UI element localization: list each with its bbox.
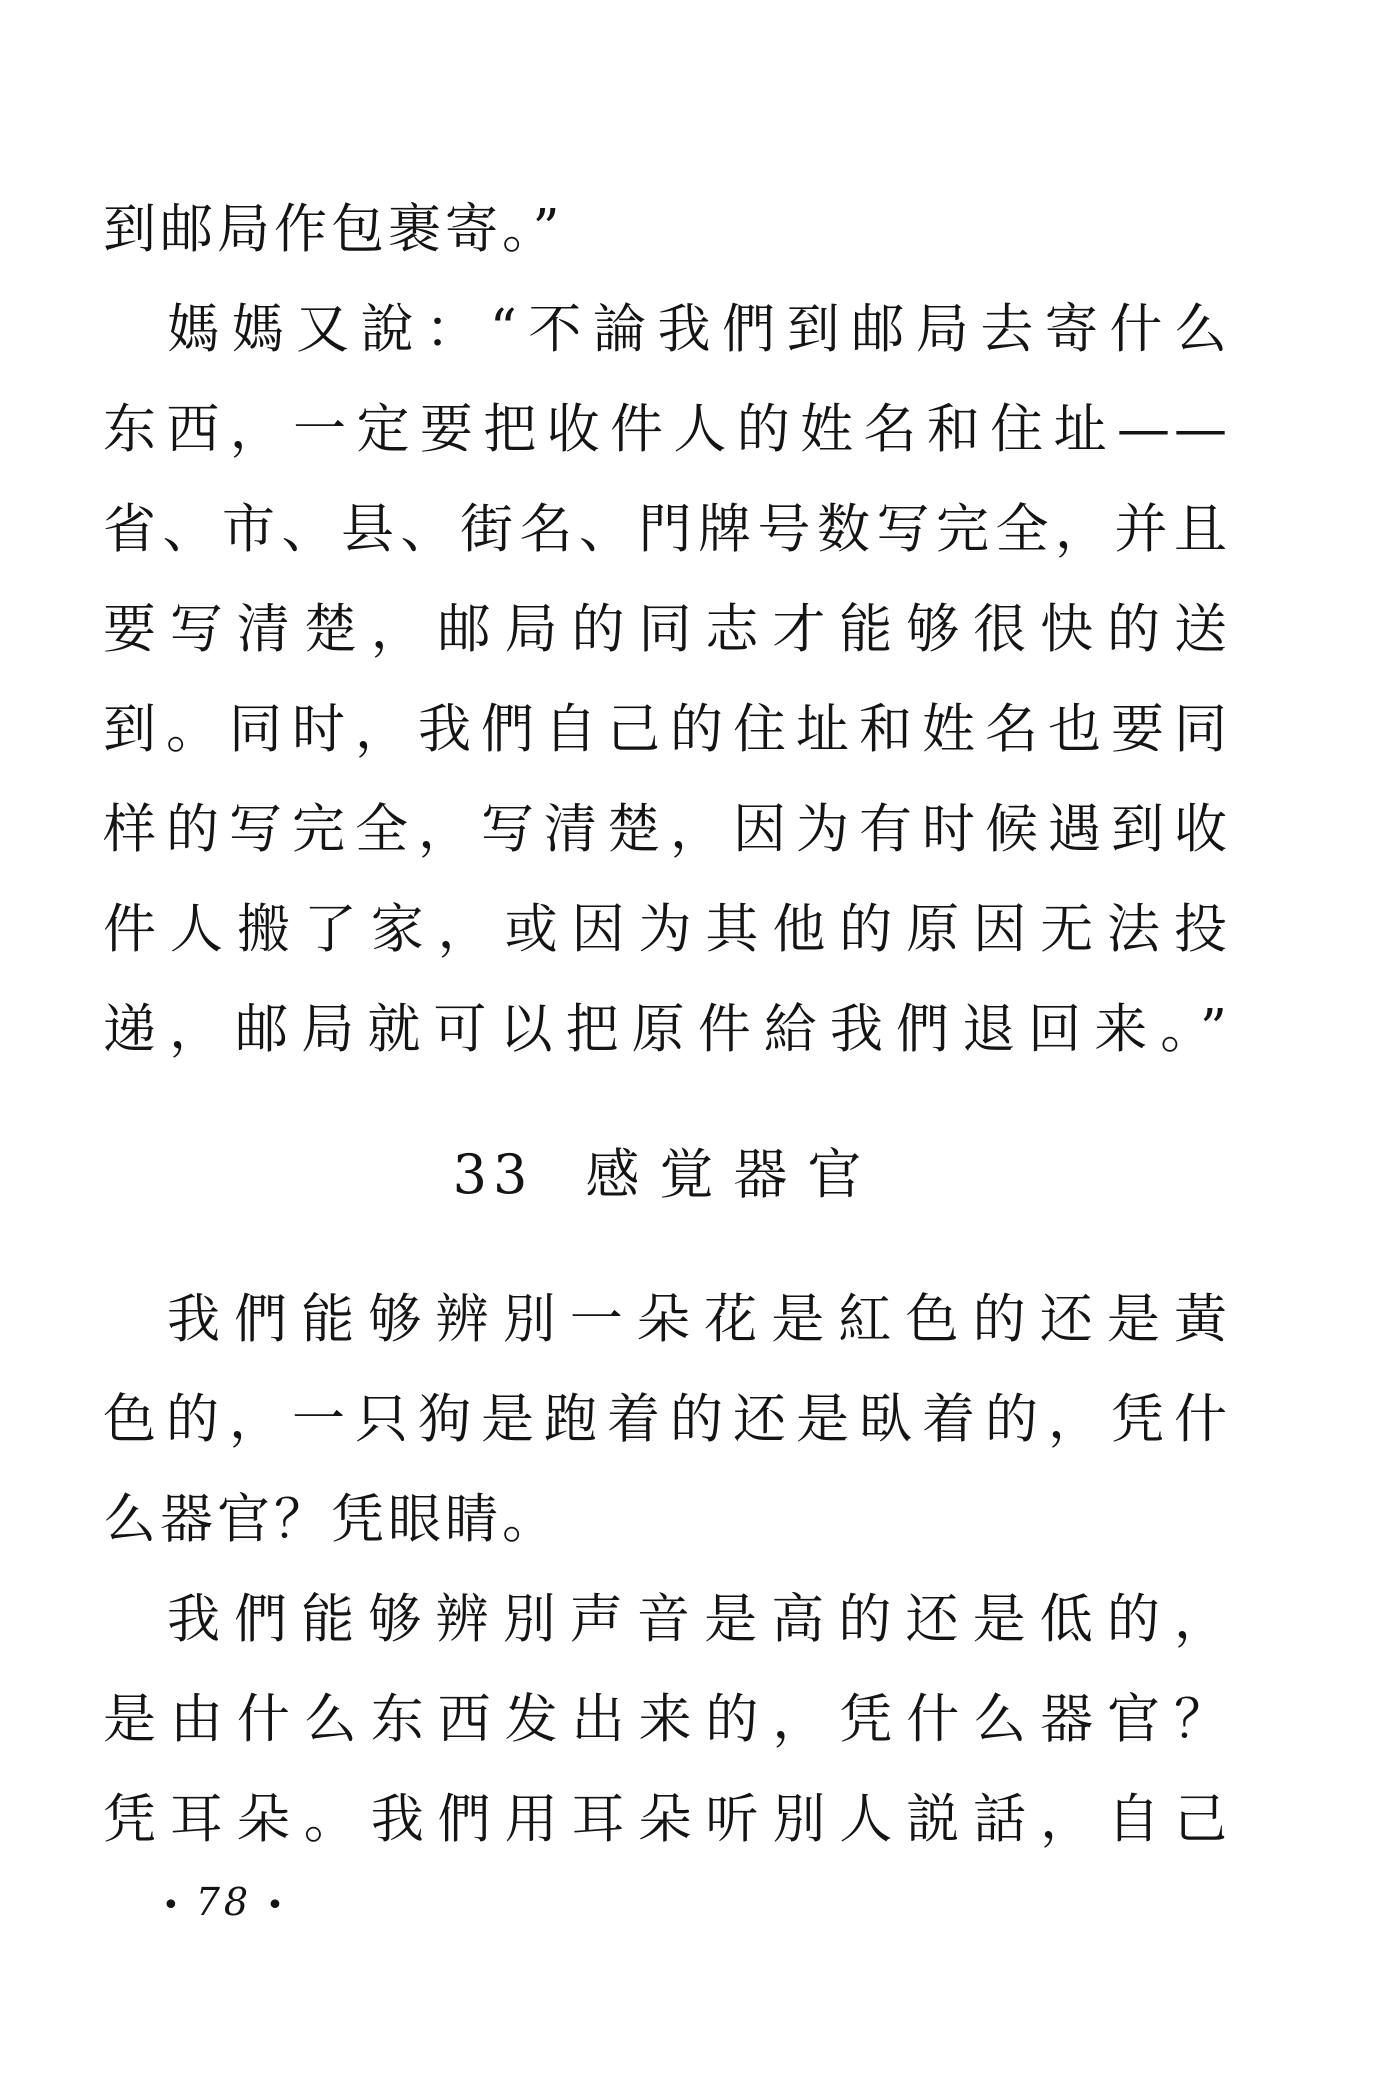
paragraph4-line-2: 是由什么东西发出来的，凭什么器官？ [103, 1670, 1231, 1770]
paragraph2-line-1: 媽媽又說：“不論我們到邮局去寄什么 [103, 280, 1231, 380]
section-heading: 33感覚器官 [103, 1125, 1231, 1225]
section-number: 33 [453, 1143, 534, 1206]
scanned-book-page: 到邮局作包裹寄。” 媽媽又說：“不論我們到邮局去寄什么 东西，一定要把收件人的姓… [0, 0, 1376, 2092]
footer-dot-left: • [162, 1888, 182, 1923]
paragraph2-line-7: 件人搬了家，或因为其他的原因无法投 [103, 880, 1231, 980]
paragraph4-line-1: 我們能够辨別声音是高的还是低的， [103, 1570, 1231, 1670]
page-footer: •78• [148, 1872, 300, 1932]
paragraph3-line-1: 我們能够辨別一朵花是紅色的还是黃 [103, 1270, 1231, 1370]
page-text-column: 到邮局作包裹寄。” 媽媽又說：“不論我們到邮局去寄什么 东西，一定要把收件人的姓… [103, 180, 1231, 1870]
paragraph2-line-2: 东西，一定要把收件人的姓名和住址—— [103, 380, 1231, 480]
paragraph2-line-8: 递，邮局就可以把原件給我們退回来。” [103, 980, 1231, 1080]
paragraph2-line-3: 省、市、县、街名、門牌号数写完全，并且 [103, 480, 1231, 580]
paragraph4-line-3: 凭耳朵。我們用耳朵听別人説話，自己 [103, 1770, 1231, 1870]
footer-dot-right: • [266, 1888, 286, 1923]
paragraph3-line-3: 么器官？凭眼睛。 [103, 1470, 1231, 1570]
paragraph3-line-2: 色的，一只狗是跑着的还是臥着的，凭什 [103, 1370, 1231, 1470]
page-number: 78 [196, 1880, 252, 1924]
paragraph2-line-6: 样的写完全，写清楚，因为有时候遇到收 [103, 780, 1231, 880]
paragraph2-line-5: 到。同时，我們自己的住址和姓名也要同 [103, 680, 1231, 780]
section-title: 感覚器官 [585, 1143, 881, 1206]
paragraph2-line-4: 要写清楚，邮局的同志才能够很快的送 [103, 580, 1231, 680]
paragraph1-line-1: 到邮局作包裹寄。” [103, 180, 1231, 280]
